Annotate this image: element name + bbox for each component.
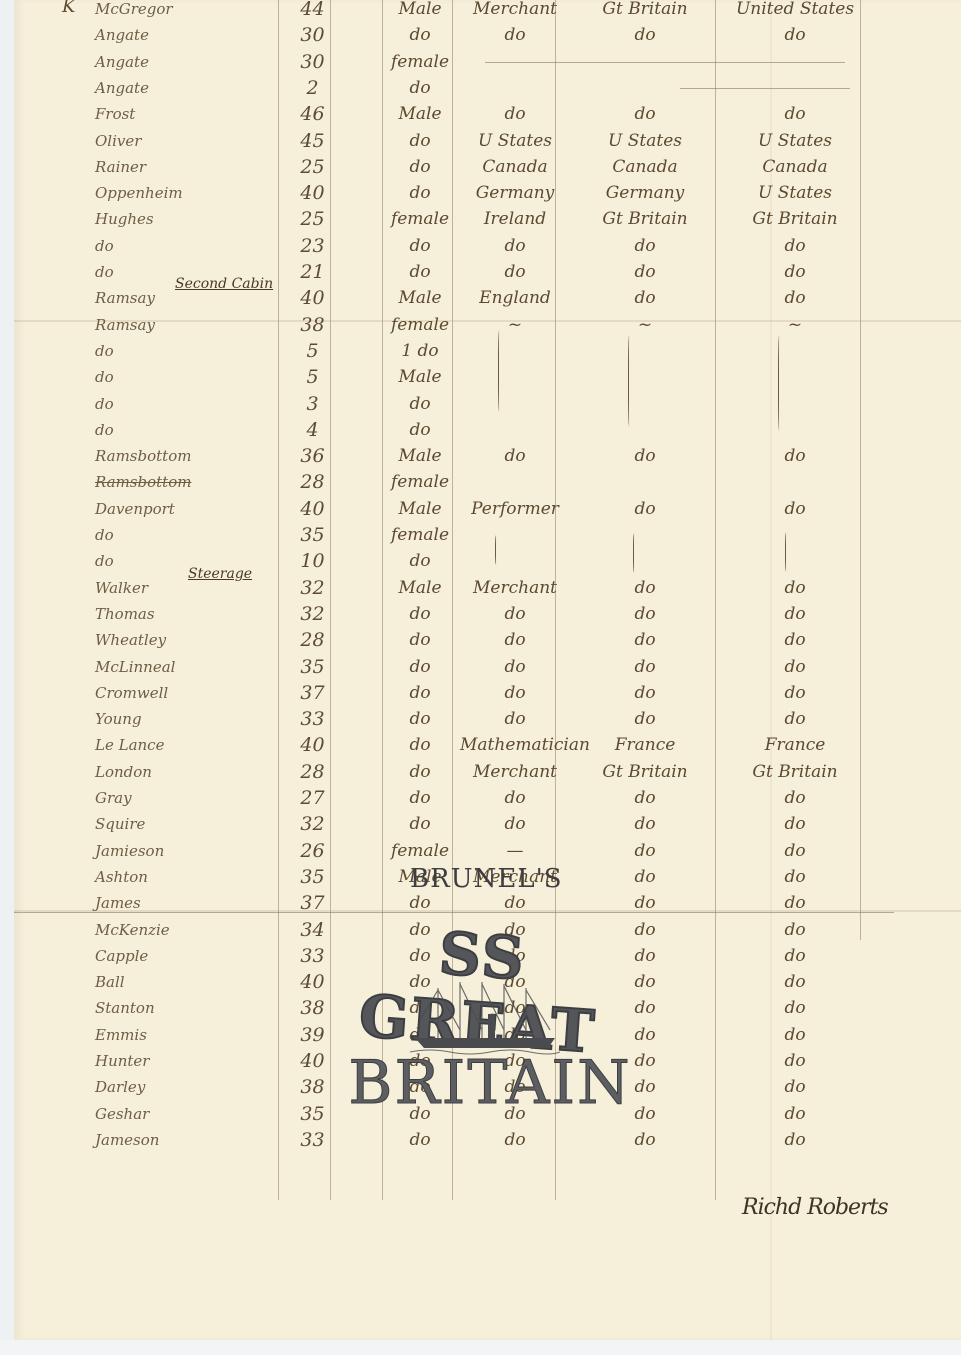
- passenger-country-of-residence: do: [725, 443, 865, 469]
- ditto-brace: [785, 532, 788, 572]
- passenger-country-of-residence: Gt Britain: [725, 206, 865, 232]
- table-row: Squire32dodododo: [0, 811, 961, 837]
- passenger-country-of-birth: Gt Britain: [580, 759, 710, 785]
- passenger-name: do: [95, 522, 285, 548]
- passenger-sex: do: [385, 1048, 455, 1074]
- passenger-occupation: do: [460, 1101, 570, 1127]
- passenger-sex: Male: [385, 864, 455, 890]
- table-row: McLinneal35dodododo: [0, 654, 961, 680]
- passenger-age: 28: [290, 469, 335, 495]
- passenger-age: 4: [290, 417, 335, 443]
- table-row: Young33dodododo: [0, 706, 961, 732]
- passenger-country-of-birth: [580, 75, 710, 101]
- passenger-sex: do: [385, 732, 455, 758]
- passenger-country-of-birth: do: [580, 706, 710, 732]
- passenger-country-of-residence: do: [725, 285, 865, 311]
- passenger-occupation: U States: [460, 128, 570, 154]
- passenger-country-of-birth: [580, 548, 710, 574]
- passenger-sex: do: [385, 890, 455, 916]
- passenger-occupation: do: [460, 811, 570, 837]
- table-row: Capple33dodododo: [0, 943, 961, 969]
- passenger-country-of-residence: United States: [725, 0, 865, 22]
- passenger-age: 37: [290, 890, 335, 916]
- table-row: Angate30dodododo: [0, 22, 961, 48]
- passenger-sex: Male: [385, 0, 455, 22]
- passenger-occupation: do: [460, 890, 570, 916]
- passenger-name: Oppenheim: [95, 180, 285, 206]
- passenger-country-of-residence: do: [725, 1074, 865, 1100]
- passenger-occupation: Canada: [460, 154, 570, 180]
- passenger-country-of-residence: do: [725, 259, 865, 285]
- passenger-name: McLinneal: [95, 654, 285, 680]
- passenger-country-of-residence: do: [725, 811, 865, 837]
- passenger-sex: do: [385, 811, 455, 837]
- passenger-sex: do: [385, 680, 455, 706]
- passenger-sex: do: [385, 417, 455, 443]
- passenger-occupation: do: [460, 706, 570, 732]
- passenger-sex: 1 do: [385, 338, 455, 364]
- passenger-occupation: do: [460, 601, 570, 627]
- passenger-sex: do: [385, 627, 455, 653]
- passenger-occupation: Performer: [460, 496, 570, 522]
- passenger-country-of-residence: France: [725, 732, 865, 758]
- passenger-age: 33: [290, 1127, 335, 1153]
- passenger-country-of-birth: ~: [580, 312, 710, 338]
- passenger-sex: Male: [385, 443, 455, 469]
- passenger-occupation: do: [460, 233, 570, 259]
- passenger-age: 40: [290, 180, 335, 206]
- passenger-occupation: do: [460, 680, 570, 706]
- passenger-country-of-birth: do: [580, 575, 710, 601]
- passenger-sex: do: [385, 1022, 455, 1048]
- passenger-name: James: [95, 890, 285, 916]
- signature: Richd Roberts: [742, 1195, 888, 1220]
- table-row: Thomas32dodododo: [0, 601, 961, 627]
- table-row: do35female: [0, 522, 961, 548]
- passenger-country-of-residence: do: [725, 233, 865, 259]
- table-row: do51 do: [0, 338, 961, 364]
- passenger-country-of-residence: [725, 391, 865, 417]
- passenger-country-of-birth: do: [580, 1074, 710, 1100]
- table-row: do4do: [0, 417, 961, 443]
- table-row: Geshar35dodododo: [0, 1101, 961, 1127]
- passenger-occupation: Merchant: [460, 0, 570, 22]
- passenger-country-of-birth: do: [580, 285, 710, 311]
- passenger-age: 37: [290, 680, 335, 706]
- passenger-sex: do: [385, 259, 455, 285]
- table-row: Angate2do: [0, 75, 961, 101]
- passenger-country-of-residence: [725, 548, 865, 574]
- passenger-country-of-birth: do: [580, 680, 710, 706]
- passenger-country-of-residence: [725, 49, 865, 75]
- table-row: London28doMerchantGt BritainGt Britain: [0, 759, 961, 785]
- table-row: do10do: [0, 548, 961, 574]
- ditto-brace: [628, 335, 631, 427]
- table-row: Walker32MaleMerchantdodo: [0, 575, 961, 601]
- passenger-age: 32: [290, 811, 335, 837]
- passenger-occupation: do: [460, 943, 570, 969]
- passenger-age: 5: [290, 364, 335, 390]
- passenger-occupation: England: [460, 285, 570, 311]
- table-row: Le Lance40doMathematicianFranceFrance: [0, 732, 961, 758]
- table-row: Ramsay40MaleEnglanddodo: [0, 285, 961, 311]
- passenger-country-of-birth: do: [580, 943, 710, 969]
- passenger-country-of-birth: Gt Britain: [580, 0, 710, 22]
- passenger-country-of-residence: [725, 364, 865, 390]
- passenger-country-of-residence: do: [725, 496, 865, 522]
- passenger-age: 28: [290, 759, 335, 785]
- passenger-age: 21: [290, 259, 335, 285]
- passenger-country-of-birth: do: [580, 1048, 710, 1074]
- passenger-country-of-birth: U States: [580, 128, 710, 154]
- passenger-sex: do: [385, 601, 455, 627]
- passenger-country-of-residence: do: [725, 1101, 865, 1127]
- passenger-occupation: [460, 364, 570, 390]
- passenger-name: Davenport: [95, 496, 285, 522]
- passenger-sex: do: [385, 1101, 455, 1127]
- passenger-country-of-birth: [580, 417, 710, 443]
- passenger-sex: do: [385, 128, 455, 154]
- passenger-name: Gray: [95, 785, 285, 811]
- passenger-country-of-birth: do: [580, 785, 710, 811]
- passenger-age: 40: [290, 732, 335, 758]
- section-note-steerage: Steerage: [188, 566, 252, 582]
- table-row: do3do: [0, 391, 961, 417]
- passenger-country-of-birth: do: [580, 1022, 710, 1048]
- passenger-sex: do: [385, 785, 455, 811]
- passenger-country-of-residence: [725, 469, 865, 495]
- passenger-country-of-birth: [580, 391, 710, 417]
- passenger-country-of-birth: Germany: [580, 180, 710, 206]
- passenger-sex: Male: [385, 101, 455, 127]
- passenger-occupation: do: [460, 969, 570, 995]
- passenger-country-of-birth: do: [580, 864, 710, 890]
- passenger-sex: do: [385, 759, 455, 785]
- passenger-country-of-birth: do: [580, 443, 710, 469]
- passenger-occupation: [460, 338, 570, 364]
- passenger-country-of-residence: [725, 338, 865, 364]
- passenger-occupation: ~: [460, 312, 570, 338]
- passenger-age: 5: [290, 338, 335, 364]
- passenger-name: Young: [95, 706, 285, 732]
- passenger-name: Emmis: [95, 1022, 285, 1048]
- passenger-country-of-birth: Gt Britain: [580, 206, 710, 232]
- table-row: Oliver45doU StatesU StatesU States: [0, 128, 961, 154]
- passenger-name: Thomas: [95, 601, 285, 627]
- passenger-sex: Male: [385, 285, 455, 311]
- passenger-age: 30: [290, 49, 335, 75]
- passenger-country-of-residence: Gt Britain: [725, 759, 865, 785]
- passenger-occupation: [460, 417, 570, 443]
- passenger-occupation: do: [460, 1074, 570, 1100]
- passenger-occupation: do: [460, 654, 570, 680]
- passenger-age: 33: [290, 706, 335, 732]
- passenger-sex: Male: [385, 496, 455, 522]
- passenger-age: 26: [290, 838, 335, 864]
- passenger-name: Capple: [95, 943, 285, 969]
- passenger-sex: do: [385, 917, 455, 943]
- passenger-occupation: [460, 49, 570, 75]
- passenger-age: 39: [290, 1022, 335, 1048]
- passenger-country-of-birth: France: [580, 732, 710, 758]
- passenger-age: 46: [290, 101, 335, 127]
- table-row: Wheatley28dodododo: [0, 627, 961, 653]
- passenger-country-of-residence: do: [725, 995, 865, 1021]
- passenger-occupation: [460, 469, 570, 495]
- passenger-age: 36: [290, 443, 335, 469]
- passenger-age: 33: [290, 943, 335, 969]
- passenger-country-of-birth: [580, 522, 710, 548]
- passenger-country-of-birth: [580, 49, 710, 75]
- passenger-name: Squire: [95, 811, 285, 837]
- passenger-name: Angate: [95, 75, 285, 101]
- passenger-occupation: [460, 391, 570, 417]
- table-row: Angate30female: [0, 49, 961, 75]
- passenger-name: Frost: [95, 101, 285, 127]
- passenger-occupation: do: [460, 1127, 570, 1153]
- passenger-country-of-birth: do: [580, 496, 710, 522]
- passenger-name: Hughes: [95, 206, 285, 232]
- passenger-country-of-residence: ~: [725, 312, 865, 338]
- passenger-age: 28: [290, 627, 335, 653]
- passenger-country-of-residence: U States: [725, 128, 865, 154]
- passenger-sex: do: [385, 1074, 455, 1100]
- passenger-country-of-birth: Canada: [580, 154, 710, 180]
- passenger-name: do: [95, 338, 285, 364]
- passenger-name: Jamieson: [95, 838, 285, 864]
- passenger-name: Ramsbottom: [95, 443, 285, 469]
- passenger-name: Wheatley: [95, 627, 285, 653]
- passenger-age: 35: [290, 522, 335, 548]
- passenger-occupation: do: [460, 259, 570, 285]
- passenger-country-of-residence: do: [725, 101, 865, 127]
- table-row: Frost46Maledododo: [0, 101, 961, 127]
- passenger-occupation: do: [460, 1022, 570, 1048]
- passenger-age: 40: [290, 285, 335, 311]
- passenger-country-of-residence: do: [725, 917, 865, 943]
- passenger-occupation: do: [460, 917, 570, 943]
- passenger-name: Ramsbottom: [95, 469, 285, 495]
- passenger-name: Hunter: [95, 1048, 285, 1074]
- passenger-age: 35: [290, 654, 335, 680]
- passenger-name: do: [95, 417, 285, 443]
- passenger-sex: female: [385, 469, 455, 495]
- passenger-name: Ramsay: [95, 312, 285, 338]
- passenger-name: Jameson: [95, 1127, 285, 1153]
- passenger-name: McGregor: [95, 0, 285, 22]
- passenger-country-of-residence: do: [725, 654, 865, 680]
- table-row: Ashton35MaleMerchantdodo: [0, 864, 961, 890]
- passenger-age: 38: [290, 1074, 335, 1100]
- table-row: do21dodododo: [0, 259, 961, 285]
- passenger-age: 25: [290, 154, 335, 180]
- passenger-age: 45: [290, 128, 335, 154]
- passenger-occupation: Ireland: [460, 206, 570, 232]
- passenger-country-of-residence: Canada: [725, 154, 865, 180]
- passenger-country-of-birth: do: [580, 995, 710, 1021]
- passenger-country-of-residence: do: [725, 706, 865, 732]
- table-row: Rainer25doCanadaCanadaCanada: [0, 154, 961, 180]
- passenger-sex: Male: [385, 364, 455, 390]
- passenger-country-of-birth: do: [580, 917, 710, 943]
- passenger-age: 27: [290, 785, 335, 811]
- passenger-occupation: [460, 548, 570, 574]
- passenger-name: do: [95, 364, 285, 390]
- table-row: Gray27dodododo: [0, 785, 961, 811]
- passenger-age: 30: [290, 22, 335, 48]
- passenger-name: Geshar: [95, 1101, 285, 1127]
- passenger-country-of-residence: U States: [725, 180, 865, 206]
- passenger-age: 2: [290, 75, 335, 101]
- passenger-sex: do: [385, 180, 455, 206]
- passenger-country-of-birth: do: [580, 654, 710, 680]
- passenger-sex: female: [385, 838, 455, 864]
- passenger-country-of-birth: do: [580, 601, 710, 627]
- passenger-occupation: do: [460, 22, 570, 48]
- passenger-country-of-residence: [725, 417, 865, 443]
- passenger-occupation: Germany: [460, 180, 570, 206]
- passenger-occupation: Merchant: [460, 759, 570, 785]
- passenger-sex: do: [385, 548, 455, 574]
- passenger-country-of-birth: do: [580, 969, 710, 995]
- passenger-country-of-residence: do: [725, 627, 865, 653]
- table-row: do5Male: [0, 364, 961, 390]
- passenger-country-of-birth: do: [580, 259, 710, 285]
- passenger-name: London: [95, 759, 285, 785]
- passenger-sex: female: [385, 49, 455, 75]
- passenger-country-of-birth: do: [580, 101, 710, 127]
- passenger-country-of-residence: do: [725, 1048, 865, 1074]
- passenger-sex: do: [385, 391, 455, 417]
- passenger-country-of-birth: [580, 338, 710, 364]
- passenger-sex: do: [385, 22, 455, 48]
- passenger-age: 34: [290, 917, 335, 943]
- table-row: Stanton38dodododo: [0, 995, 961, 1021]
- passenger-occupation: [460, 522, 570, 548]
- passenger-country-of-birth: do: [580, 811, 710, 837]
- passenger-sex: do: [385, 75, 455, 101]
- passenger-age: 44: [290, 0, 335, 22]
- table-row: Jameson33dodododo: [0, 1127, 961, 1153]
- passenger-country-of-birth: [580, 364, 710, 390]
- passenger-occupation: do: [460, 627, 570, 653]
- passenger-name: Cromwell: [95, 680, 285, 706]
- passenger-country-of-birth: do: [580, 838, 710, 864]
- passenger-sex: do: [385, 969, 455, 995]
- passenger-country-of-birth: do: [580, 890, 710, 916]
- passenger-occupation: —: [460, 838, 570, 864]
- passenger-country-of-residence: do: [725, 785, 865, 811]
- table-row: do23dodododo: [0, 233, 961, 259]
- passenger-occupation: do: [460, 443, 570, 469]
- passenger-country-of-residence: do: [725, 575, 865, 601]
- passenger-name: Darley: [95, 1074, 285, 1100]
- passenger-name: Angate: [95, 49, 285, 75]
- passenger-sex: female: [385, 522, 455, 548]
- passenger-name: Rainer: [95, 154, 285, 180]
- passenger-age: 23: [290, 233, 335, 259]
- passenger-name: Ashton: [95, 864, 285, 890]
- passenger-country-of-residence: [725, 522, 865, 548]
- table-row: Hughes25femaleIrelandGt BritainGt Britai…: [0, 206, 961, 232]
- passenger-age: 38: [290, 995, 335, 1021]
- passenger-occupation: do: [460, 785, 570, 811]
- table-row: McGregor44MaleMerchantGt BritainUnited S…: [0, 0, 961, 22]
- passenger-age: 40: [290, 969, 335, 995]
- passenger-occupation: Merchant: [460, 575, 570, 601]
- passenger-name: Oliver: [95, 128, 285, 154]
- passenger-sex: do: [385, 1127, 455, 1153]
- table-row: Ball40dodododo: [0, 969, 961, 995]
- passenger-country-of-residence: do: [725, 890, 865, 916]
- passenger-age: 40: [290, 496, 335, 522]
- table-row: McKenzie34dodododo: [0, 917, 961, 943]
- passenger-sex: do: [385, 154, 455, 180]
- passenger-country-of-birth: do: [580, 1101, 710, 1127]
- passenger-age: 38: [290, 312, 335, 338]
- passenger-sex: Male: [385, 575, 455, 601]
- ditto-brace: [498, 330, 501, 412]
- section-note-second-cabin: Second Cabin: [175, 276, 273, 292]
- passenger-country-of-birth: do: [580, 1127, 710, 1153]
- passenger-occupation: do: [460, 995, 570, 1021]
- passenger-occupation: Mathematician: [460, 732, 570, 758]
- passenger-country-of-residence: do: [725, 1022, 865, 1048]
- passenger-occupation: do: [460, 101, 570, 127]
- table-row: Emmis39dodododo: [0, 1022, 961, 1048]
- passenger-country-of-residence: do: [725, 601, 865, 627]
- passenger-sex: do: [385, 943, 455, 969]
- passenger-country-of-birth: [580, 469, 710, 495]
- passenger-country-of-residence: do: [725, 680, 865, 706]
- table-row: Ramsay38female~~~: [0, 312, 961, 338]
- passenger-sex: do: [385, 233, 455, 259]
- passenger-age: 40: [290, 1048, 335, 1074]
- passenger-country-of-residence: do: [725, 838, 865, 864]
- table-row: Hunter40dodododo: [0, 1048, 961, 1074]
- passenger-age: 35: [290, 1101, 335, 1127]
- passenger-age: 10: [290, 548, 335, 574]
- passenger-country-of-birth: do: [580, 627, 710, 653]
- passenger-sex: do: [385, 654, 455, 680]
- passenger-age: 25: [290, 206, 335, 232]
- passenger-occupation: Merchant: [460, 864, 570, 890]
- passenger-name: Angate: [95, 22, 285, 48]
- table-row: Jamieson26female—dodo: [0, 838, 961, 864]
- table-row: James37dodododo: [0, 890, 961, 916]
- passenger-age: 3: [290, 391, 335, 417]
- passenger-sex: female: [385, 312, 455, 338]
- passenger-name: Ball: [95, 969, 285, 995]
- passenger-country-of-residence: do: [725, 969, 865, 995]
- passenger-name: Le Lance: [95, 732, 285, 758]
- passenger-country-of-birth: do: [580, 22, 710, 48]
- passenger-name: do: [95, 391, 285, 417]
- passenger-country-of-residence: do: [725, 1127, 865, 1153]
- table-row: Ramsbottom28female: [0, 469, 961, 495]
- passenger-sex: do: [385, 706, 455, 732]
- passenger-age: 35: [290, 864, 335, 890]
- passenger-sex: do: [385, 995, 455, 1021]
- table-row: Davenport40MalePerformerdodo: [0, 496, 961, 522]
- table-row: Ramsbottom36Maledododo: [0, 443, 961, 469]
- passenger-country-of-residence: [725, 75, 865, 101]
- passenger-occupation: do: [460, 1048, 570, 1074]
- table-row: Darley38dodododo: [0, 1074, 961, 1100]
- scan-border-bottom: [0, 1340, 961, 1355]
- passenger-country-of-residence: do: [725, 943, 865, 969]
- passenger-name: Stanton: [95, 995, 285, 1021]
